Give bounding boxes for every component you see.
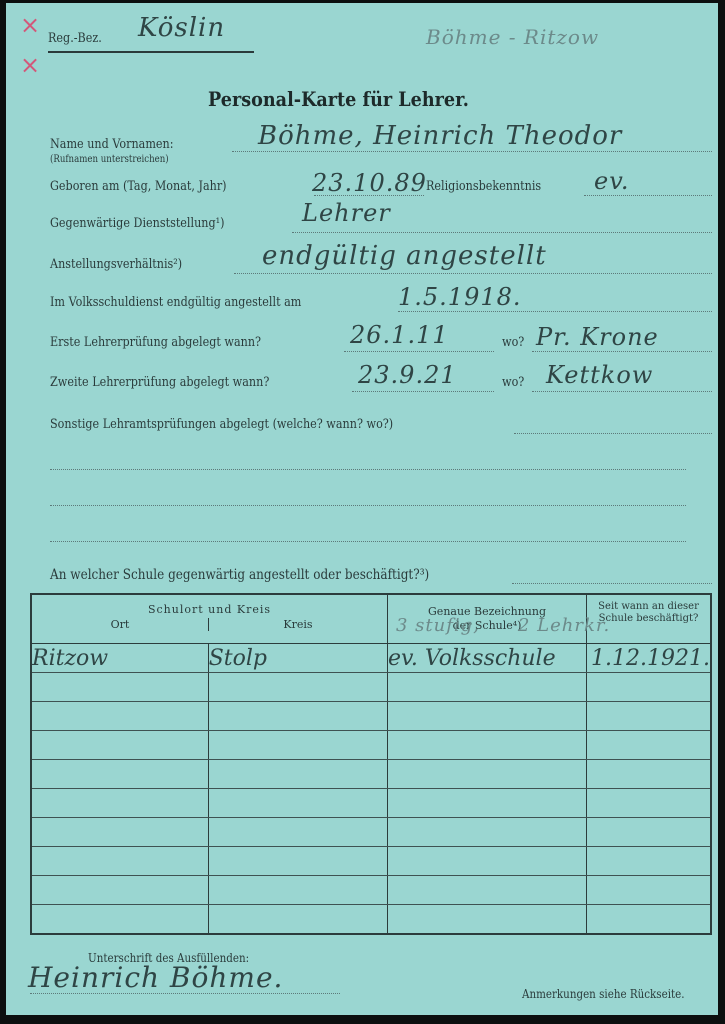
signature-value[interactable]: Heinrich Böhme. xyxy=(28,961,283,994)
religion-label: Religionsbekenntnis xyxy=(426,179,541,194)
table-row xyxy=(31,673,711,702)
school-question-label: An welcher Schule gegenwärtig angestellt… xyxy=(50,567,429,583)
table-row xyxy=(31,731,711,760)
position-value[interactable]: Lehrer xyxy=(302,199,391,227)
cell-school-name[interactable] xyxy=(388,731,587,760)
cell-ort[interactable] xyxy=(31,760,208,789)
cell-kreis[interactable] xyxy=(208,847,387,876)
column-header-ort: Ort xyxy=(32,618,208,631)
table-row xyxy=(31,789,711,818)
pencil-annotation: 2 Lehrkr. xyxy=(518,615,610,636)
table-row xyxy=(31,847,711,876)
employment-label: Anstellungsverhältnis²) xyxy=(50,257,182,272)
cell-ort[interactable] xyxy=(31,789,208,818)
cell-school-name[interactable] xyxy=(388,847,587,876)
cell-school-name[interactable] xyxy=(388,789,587,818)
cell-ort[interactable]: Ritzow xyxy=(31,644,208,673)
cell-school-name[interactable] xyxy=(388,818,587,847)
cell-ort[interactable] xyxy=(31,818,208,847)
column-header-school-name: Genaue Bezeichnung der Schule⁴) 3 stufig… xyxy=(388,594,587,644)
cell-ort[interactable] xyxy=(31,673,208,702)
column-header-kreis: Kreis xyxy=(208,618,387,631)
cell-school-name[interactable] xyxy=(388,702,587,731)
pencil-annotation: 3 stufig, xyxy=(396,615,480,636)
cell-kreis[interactable] xyxy=(208,789,387,818)
cell-ort[interactable] xyxy=(31,876,208,905)
cell-kreis[interactable] xyxy=(208,673,387,702)
cell-kreis[interactable] xyxy=(208,905,387,935)
cell-school-name[interactable] xyxy=(388,760,587,789)
other-exams-label: Sonstige Lehramtsprüfungen abgelegt (wel… xyxy=(50,417,393,432)
cell-ort[interactable] xyxy=(31,847,208,876)
exam1-date[interactable]: 26.1.11 xyxy=(350,321,449,349)
table-row xyxy=(31,876,711,905)
cell-kreis[interactable]: Stolp xyxy=(208,644,387,673)
cell-kreis[interactable] xyxy=(208,818,387,847)
table-row xyxy=(31,702,711,731)
other-exams-line[interactable] xyxy=(50,469,686,470)
cell-since[interactable] xyxy=(587,760,711,789)
red-cross-mark: × xyxy=(20,53,40,77)
born-value[interactable]: 23.10.89 xyxy=(312,169,427,197)
cell-school-name[interactable] xyxy=(388,673,587,702)
table-header-row: Schulort und Kreis Ort Kreis Genaue Beze… xyxy=(31,594,711,644)
cell-school-name[interactable] xyxy=(388,876,587,905)
table-row xyxy=(31,818,711,847)
cell-ort[interactable] xyxy=(31,731,208,760)
reg-bez-label: Reg.-Bez. xyxy=(48,31,102,46)
position-label: Gegenwärtige Dienststellung¹) xyxy=(50,216,224,231)
name-label: Name und Vornamen: xyxy=(50,137,174,152)
cell-since[interactable] xyxy=(587,702,711,731)
exam1-where[interactable]: Pr. Krone xyxy=(536,323,659,351)
cell-since[interactable] xyxy=(587,731,711,760)
card-title: Personal-Karte für Lehrer. xyxy=(208,87,469,111)
exam1-where-label: wo? xyxy=(502,335,524,350)
school-table: Schulort und Kreis Ort Kreis Genaue Beze… xyxy=(30,593,712,935)
table-row xyxy=(31,905,711,935)
cell-ort[interactable] xyxy=(31,702,208,731)
exam2-label: Zweite Lehrerprüfung abgelegt wann? xyxy=(50,375,269,390)
cell-since[interactable] xyxy=(587,847,711,876)
exam2-where-label: wo? xyxy=(502,375,524,390)
red-cross-mark: × xyxy=(20,13,40,37)
cell-school-name[interactable] xyxy=(388,905,587,935)
other-exams-line[interactable] xyxy=(50,541,686,542)
cell-since[interactable]: 1.12.1921. xyxy=(587,644,711,673)
cell-since[interactable] xyxy=(587,905,711,935)
exam1-label: Erste Lehrerprüfung abgelegt wann? xyxy=(50,335,261,350)
reg-bez-underline xyxy=(48,51,254,53)
born-label: Geboren am (Tag, Monat, Jahr) xyxy=(50,179,227,194)
personnel-card: × × Reg.-Bez. Köslin Böhme - Ritzow Pers… xyxy=(6,3,718,1015)
exam2-where[interactable]: Kettkow xyxy=(546,361,653,389)
cell-kreis[interactable] xyxy=(208,702,387,731)
name-value[interactable]: Böhme, Heinrich Theodor xyxy=(258,121,622,151)
cell-since[interactable] xyxy=(587,673,711,702)
table-row xyxy=(31,760,711,789)
religion-value[interactable]: ev. xyxy=(594,167,630,195)
cell-kreis[interactable] xyxy=(208,731,387,760)
reg-bez-value: Köslin xyxy=(138,13,225,43)
cell-school-name[interactable]: ev. Volksschule xyxy=(388,644,587,673)
other-exams-line[interactable] xyxy=(514,433,712,434)
cell-since[interactable] xyxy=(587,876,711,905)
header-schulort-kreis: Schulort und Kreis Ort Kreis xyxy=(31,594,388,644)
cell-ort[interactable] xyxy=(31,905,208,935)
footer-note: Anmerkungen siehe Rückseite. xyxy=(522,987,685,1001)
cell-since[interactable] xyxy=(587,789,711,818)
table-row: Ritzow Stolp ev. Volksschule 1.12.1921. xyxy=(31,644,711,673)
cell-kreis[interactable] xyxy=(208,876,387,905)
other-exams-line[interactable] xyxy=(50,505,686,506)
name-sublabel: (Rufnamen unterstreichen) xyxy=(50,154,169,165)
exam2-date[interactable]: 23.9.21 xyxy=(358,361,457,389)
cell-since[interactable] xyxy=(587,818,711,847)
employment-value[interactable]: endgültig angestellt xyxy=(262,241,547,271)
permanent-value[interactable]: 1.5.1918. xyxy=(398,283,522,311)
permanent-label: Im Volksschuldienst endgültig angestellt… xyxy=(50,295,301,310)
pencil-note: Böhme - Ritzow xyxy=(426,25,599,49)
cell-kreis[interactable] xyxy=(208,760,387,789)
